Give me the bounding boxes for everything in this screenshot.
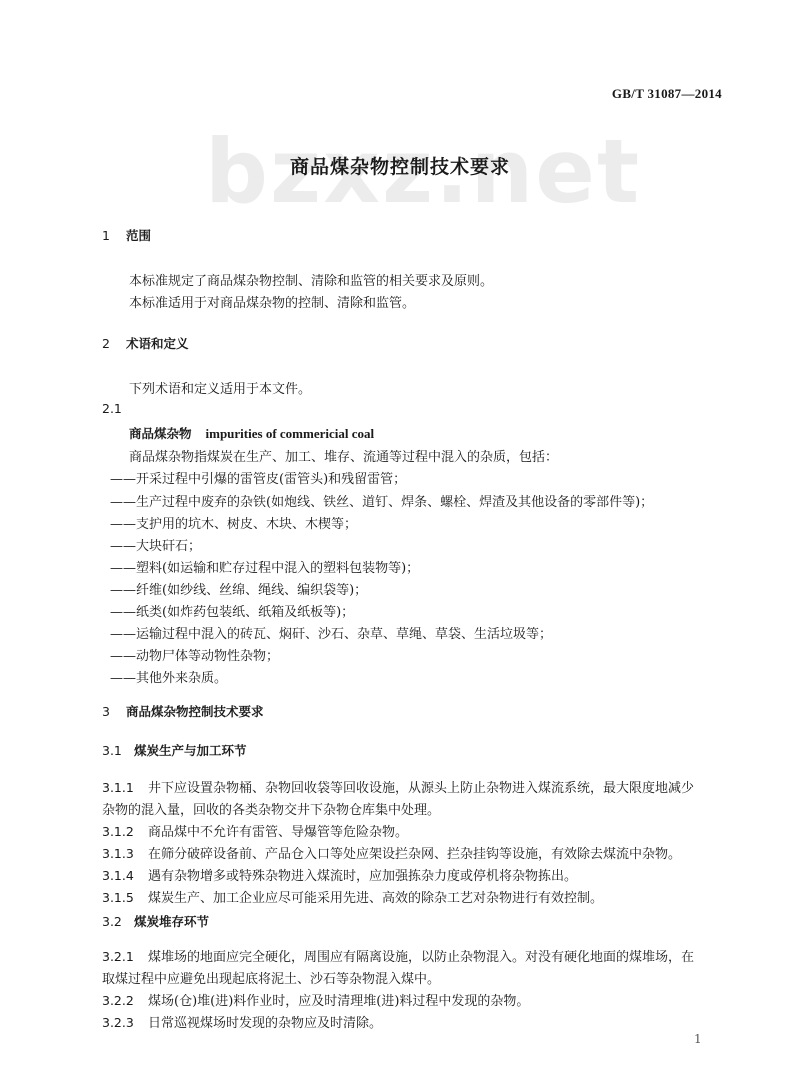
clause-3-1-4: 3.1.4遇有杂物增多或特殊杂物进入煤流时，应加强拣杂力度或停机将杂物拣出。 <box>102 865 577 884</box>
term-number: 2.1 <box>102 401 122 416</box>
clause-3-1-5: 3.1.5煤炭生产、加工企业应尽可能采用先进、高效的除杂工艺对杂物进行有效控制。 <box>102 887 603 906</box>
list-item: ——塑料(如运输和贮存过程中混入的塑料包装物等)； <box>110 557 419 576</box>
standard-code: GB/T 31087—2014 <box>612 86 722 102</box>
section-2-heading: 2术语和定义 <box>102 334 189 352</box>
term-name-en: impurities of commericial coal <box>206 426 375 441</box>
paragraph: 本标准适用于对商品煤杂物的控制、清除和监管。 <box>129 292 415 311</box>
term-entry: 商品煤杂物impurities of commericial coal <box>129 424 374 442</box>
list-item: ——纤维(如纱线、丝绵、绳线、编织袋等)； <box>110 579 367 598</box>
section-number: 3.2 <box>102 914 134 929</box>
list-item: ——大块矸石； <box>110 535 201 554</box>
list-item: ——支护用的坑木、树皮、木块、木楔等； <box>110 513 357 532</box>
section-number: 3 <box>102 704 126 719</box>
clause-3-1-3: 3.1.3在筛分破碎设备前、产品仓入口等处应架设拦杂网、拦杂挂钩等设施，有效除去… <box>102 843 681 862</box>
section-title: 煤炭堆存环节 <box>134 914 209 929</box>
clause-3-1-2: 3.1.2商品煤中不允许有雷管、导爆管等危险杂物。 <box>102 821 408 840</box>
section-title: 煤炭生产与加工环节 <box>134 743 247 758</box>
subsection-3-1-heading: 3.1煤炭生产与加工环节 <box>102 741 247 759</box>
term-definition: 商品煤杂物指煤炭在生产、加工、堆存、流通等过程中混入的杂质，包括： <box>129 446 558 465</box>
section-number: 2 <box>102 336 126 351</box>
clause-3-2-1: 3.2.1煤堆场的地面应完全硬化，周围应有隔离设施，以防止杂物混入。对没有硬化地… <box>102 946 694 965</box>
section-title: 范围 <box>126 228 151 243</box>
page-number: 1 <box>694 1032 702 1046</box>
section-number: 3.1 <box>102 743 134 758</box>
list-item: ——运输过程中混入的砖瓦、焖矸、沙石、杂草、草绳、草袋、生活垃圾等； <box>110 623 552 642</box>
section-title: 术语和定义 <box>126 336 189 351</box>
subsection-3-2-heading: 3.2煤炭堆存环节 <box>102 912 209 930</box>
section-1-heading: 1范围 <box>102 226 151 244</box>
paragraph: 本标准规定了商品煤杂物控制、清除和监管的相关要求及原则。 <box>129 270 493 289</box>
list-item: ——开采过程中引爆的雷管皮(雷管头)和残留雷管； <box>110 468 406 487</box>
clause-3-2-2: 3.2.2煤场(仓)堆(进)料作业时，应及时清理堆(进)料过程中发现的杂物。 <box>102 990 529 1009</box>
list-item: ——其他外来杂质。 <box>110 667 227 686</box>
section-title: 商品煤杂物控制技术要求 <box>126 704 264 719</box>
clause-3-2-1-cont: 取煤过程中应避免出现起底将泥土、沙石等杂物混入煤中。 <box>102 968 440 987</box>
section-number: 1 <box>102 228 126 243</box>
clause-3-2-3: 3.2.3日常巡视煤场时发现的杂物应及时清除。 <box>102 1012 382 1031</box>
paragraph: 下列术语和定义适用于本文件。 <box>129 378 311 397</box>
section-3-heading: 3商品煤杂物控制技术要求 <box>102 702 264 720</box>
list-item: ——纸类(如炸药包装纸、纸箱及纸板等)； <box>110 601 354 620</box>
clause-3-1-1-cont: 杂物的混入量，回收的各类杂物交井下杂物仓库集中处理。 <box>102 799 440 818</box>
list-item: ——动物尸体等动物性杂物； <box>110 645 279 664</box>
list-item: ——生产过程中废弃的杂铁(如炮线、铁丝、道钉、焊条、螺栓、焊渣及其他设备的零部件… <box>110 491 653 510</box>
term-name-zh: 商品煤杂物 <box>129 426 192 441</box>
clause-3-1-1: 3.1.1井下应设置杂物桶、杂物回收袋等回收设施，从源头上防止杂物进入煤流系统，… <box>102 777 694 796</box>
document-title: 商品煤杂物控制技术要求 <box>0 152 800 179</box>
